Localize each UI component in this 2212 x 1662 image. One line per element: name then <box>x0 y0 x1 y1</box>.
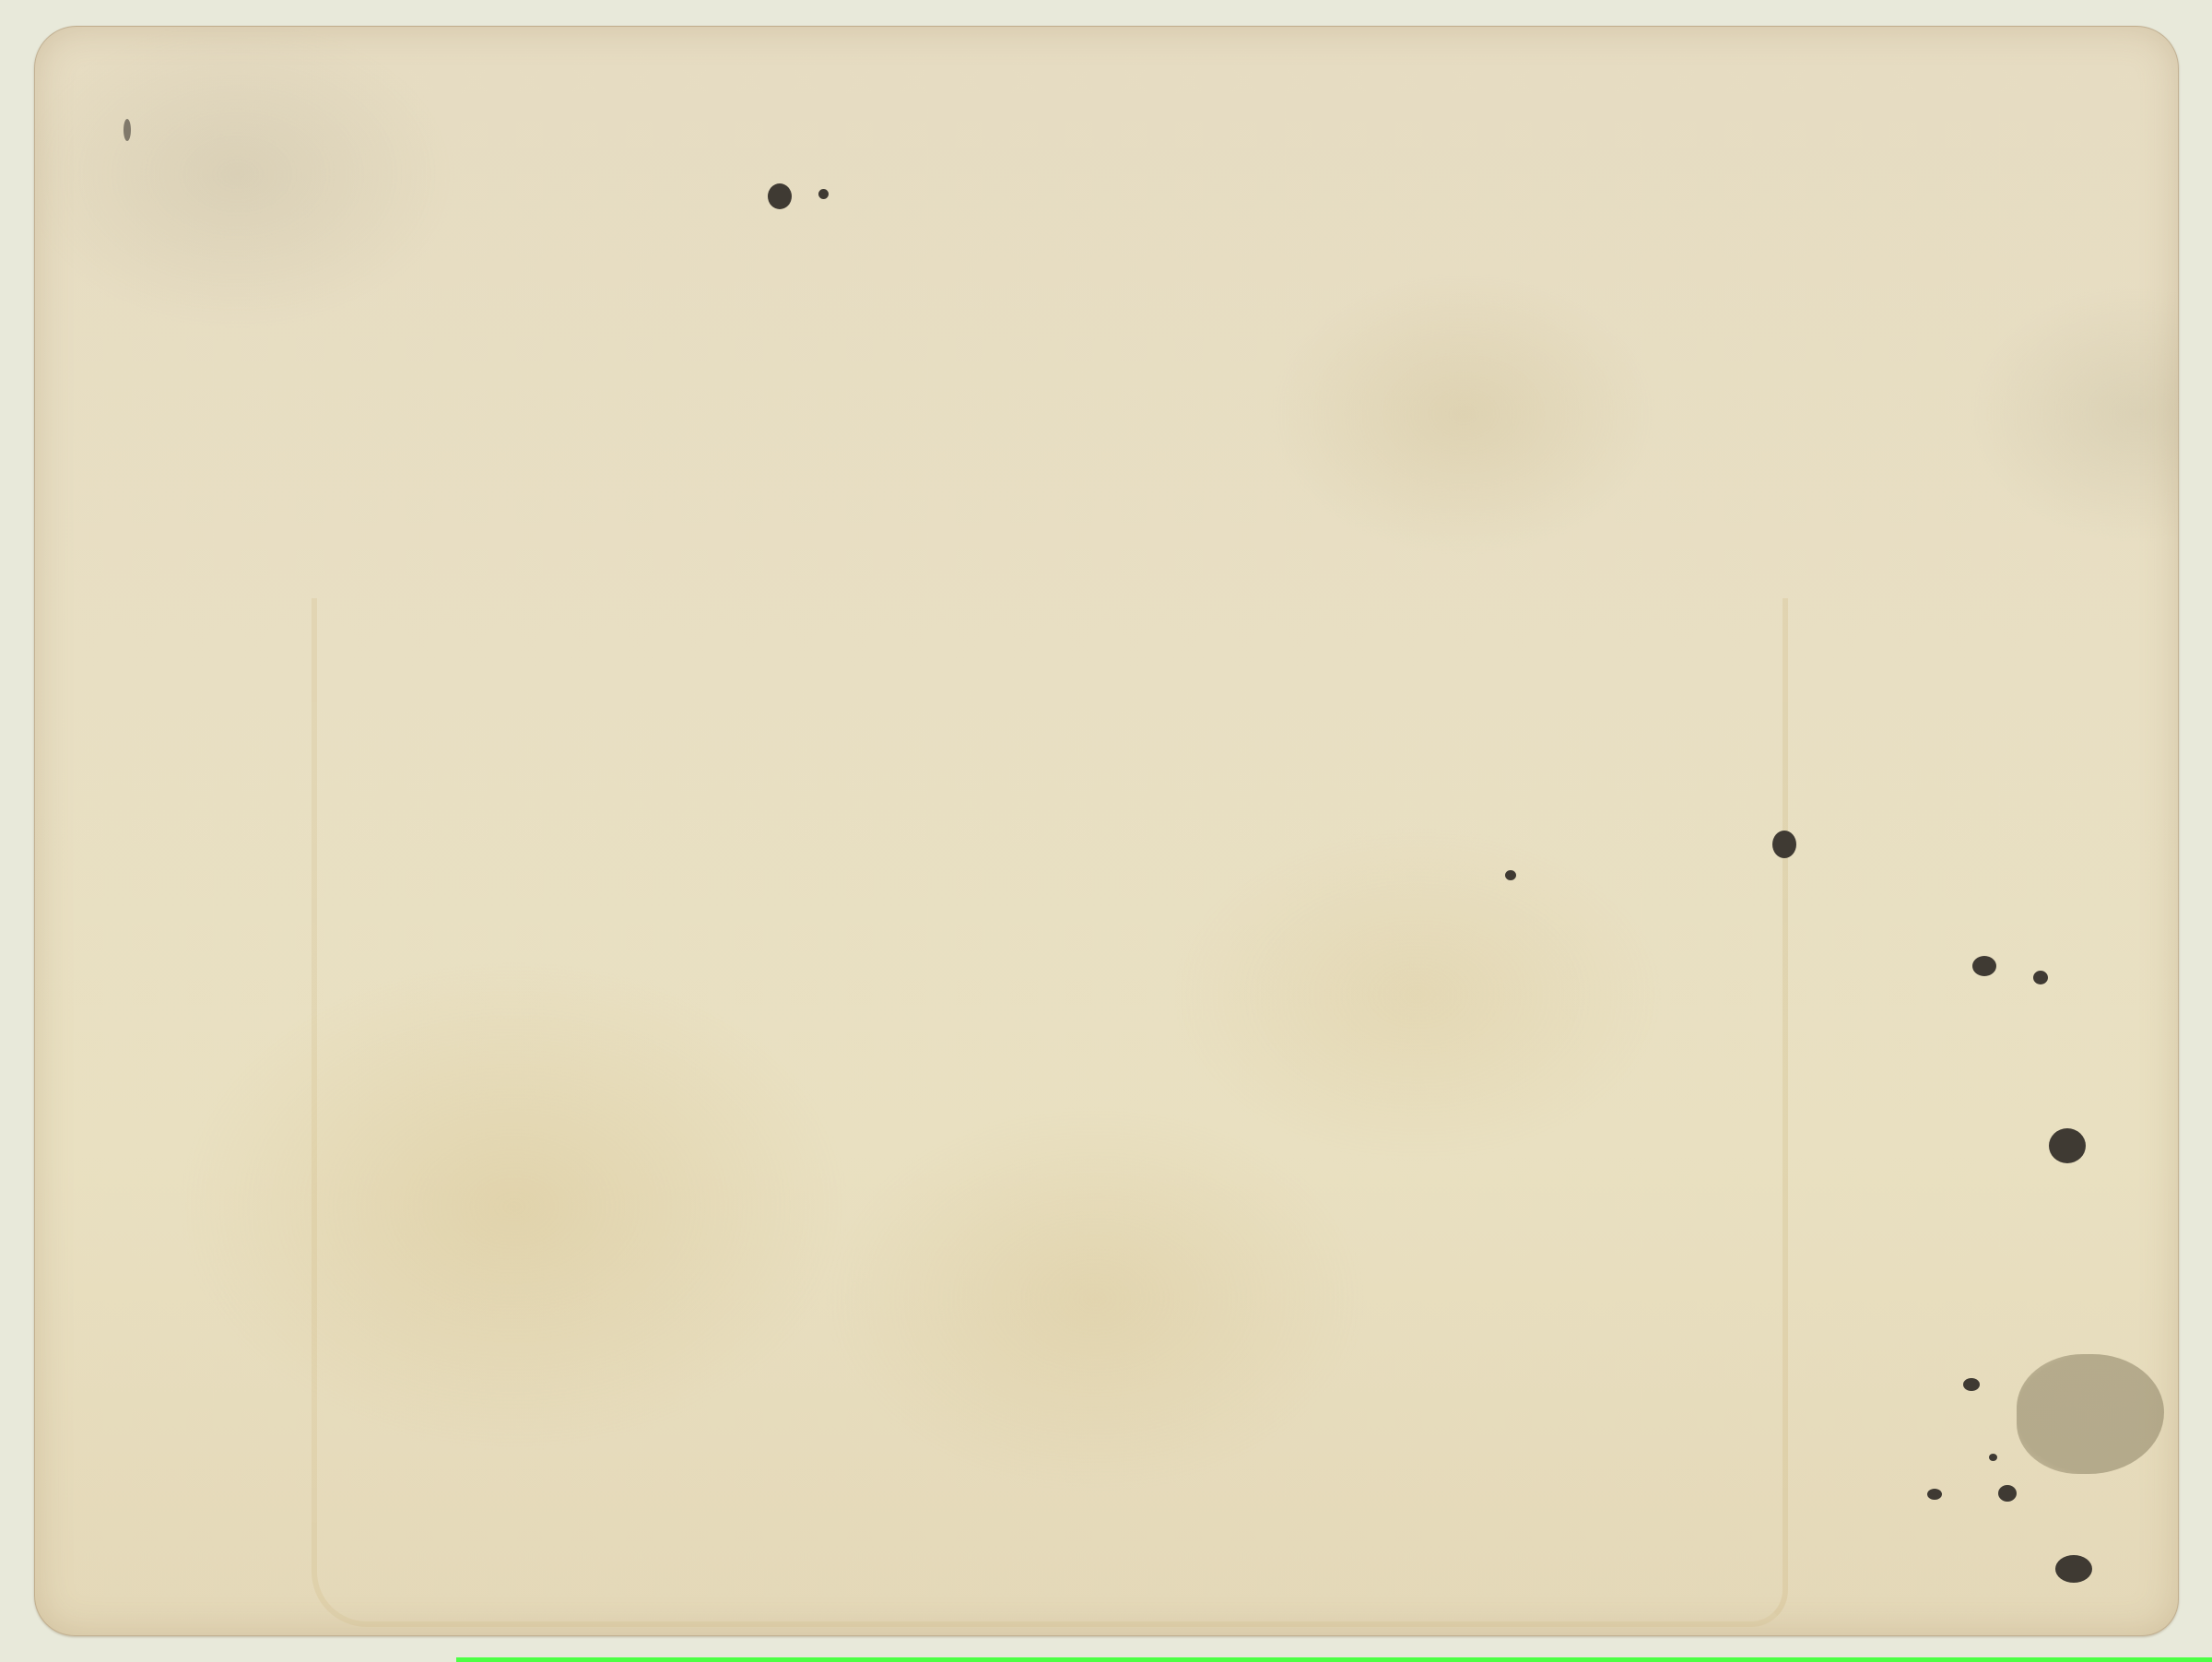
ink-spot <box>1505 870 1516 880</box>
ink-spot <box>818 189 829 199</box>
ink-spot <box>1927 1489 1942 1500</box>
liquid-stain <box>2017 1354 2164 1474</box>
ink-spot <box>1998 1485 2017 1502</box>
water-tide-line <box>312 598 1788 1627</box>
ink-spot <box>768 183 792 209</box>
ink-spot <box>1972 956 1996 976</box>
ink-spot <box>2049 1128 2086 1163</box>
aged-card <box>34 26 2179 1636</box>
ink-spot <box>124 119 131 141</box>
green-edge-strip <box>456 1657 2212 1662</box>
ink-spot <box>1772 831 1796 858</box>
ink-spot <box>1963 1378 1980 1391</box>
ink-spot <box>1989 1454 1997 1461</box>
ink-spot <box>2033 971 2048 984</box>
ink-spot <box>2055 1555 2092 1583</box>
